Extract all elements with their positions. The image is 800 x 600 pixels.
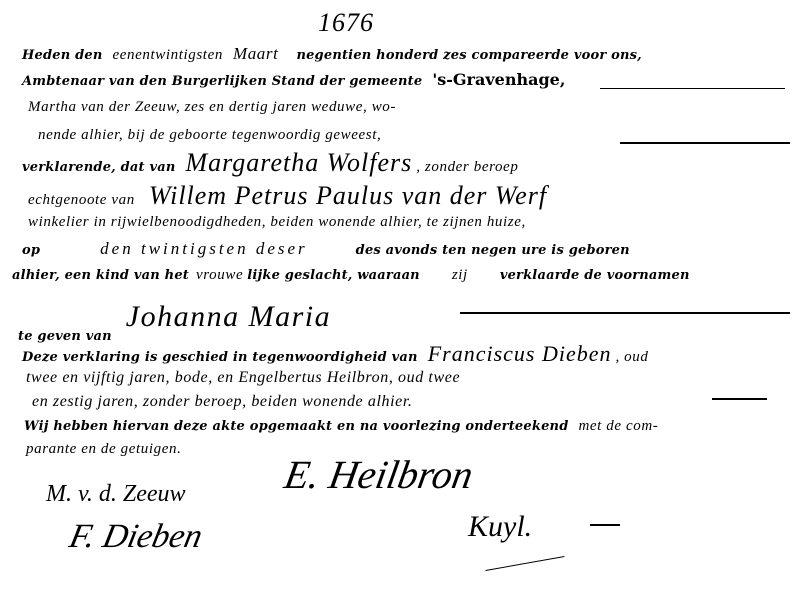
handwritten-text: met de com- — [578, 418, 658, 434]
handwritten-day: eenentwintigsten — [113, 47, 223, 63]
signature-witness-2: E. Heilbron — [281, 455, 475, 495]
printed-text: Ambtenaar van den Burgerlijken Stand der… — [22, 74, 422, 89]
handwritten-date: den twintigsten deser — [100, 239, 307, 258]
printed-text: verklarende, dat van — [22, 160, 176, 175]
printed-text: Heden den — [22, 48, 103, 63]
printed-text: verklaarde de voornamen — [500, 268, 690, 283]
handwritten-text: echtgenoote van — [28, 192, 135, 208]
printed-text: op — [22, 243, 40, 258]
line-8: op den twintigsten deser des avonds ten … — [22, 240, 630, 258]
line-14: Wij hebben hiervan deze akte opgemaakt e… — [24, 418, 658, 434]
line-5: verklarende, dat van Margaretha Wolfers … — [22, 150, 518, 176]
fill-line — [600, 88, 785, 89]
municipality-name: 's-Gravenhage, — [432, 70, 565, 89]
line-6: echtgenoote van Willem Petrus Paulus van… — [28, 183, 547, 209]
record-number: 1676 — [318, 10, 374, 36]
printed-text: lijke geslacht, waaraan — [247, 268, 420, 283]
signature-official: Kuyl. — [468, 512, 532, 542]
line-3: Martha van der Zeeuw, zes en dertig jare… — [28, 100, 396, 115]
line-9: alhier, een kind van het vrouwe lijke ge… — [12, 267, 690, 283]
line-7: winkelier in rijwielbenoodigdheden, beid… — [28, 215, 526, 230]
signature-dash — [590, 524, 620, 526]
handwritten-text: , zonder beroep — [416, 159, 518, 175]
signature-declarant: M. v. d. Zeeuw — [46, 482, 186, 506]
father-name: Willem Petrus Paulus van der Werf — [149, 181, 547, 210]
printed-text: alhier, een kind van het — [12, 268, 189, 283]
printed-text: Deze verklaring is geschied in tegenwoor… — [22, 350, 418, 365]
line-12: twee en vijftig jaren, bode, en Engelber… — [26, 370, 460, 386]
printed-text: Wij hebben hiervan deze akte opgemaakt e… — [24, 419, 568, 434]
line-1: Heden den eenentwintigsten Maart negenti… — [22, 45, 642, 63]
printed-text: te geven van — [18, 329, 112, 344]
handwritten-month: Maart — [233, 44, 279, 63]
handwritten-sex: vrouwe — [196, 267, 243, 283]
fill-line — [712, 398, 767, 400]
fill-line — [460, 312, 790, 314]
line-2: Ambtenaar van den Burgerlijken Stand der… — [22, 72, 565, 89]
line-10: te geven van Johanna Maria — [18, 302, 331, 332]
fill-line — [620, 142, 790, 144]
printed-text: negentien honderd zes compareerde voor o… — [296, 48, 641, 63]
line-13: en zestig jaren, zonder beroep, beiden w… — [32, 394, 413, 410]
line-4: nende alhier, bij de geboorte tegenwoord… — [38, 128, 381, 143]
signature-witness-1: F. Dieben — [66, 520, 205, 554]
handwritten-pronoun: zij — [452, 267, 468, 283]
handwritten-text: , oud — [615, 349, 648, 365]
printed-text: des avonds ten negen ure is geboren — [356, 243, 630, 258]
line-11: Deze verklaring is geschied in tegenwoor… — [22, 343, 648, 365]
signature-underline — [486, 556, 565, 571]
child-name: Johanna Maria — [126, 300, 331, 333]
birth-certificate-page: 1676 Heden den eenentwintigsten Maart ne… — [0, 0, 800, 600]
witness-1-name: Franciscus Dieben — [428, 341, 612, 366]
line-15: parante en de getuigen. — [26, 442, 181, 457]
mother-name: Margaretha Wolfers — [186, 148, 413, 177]
